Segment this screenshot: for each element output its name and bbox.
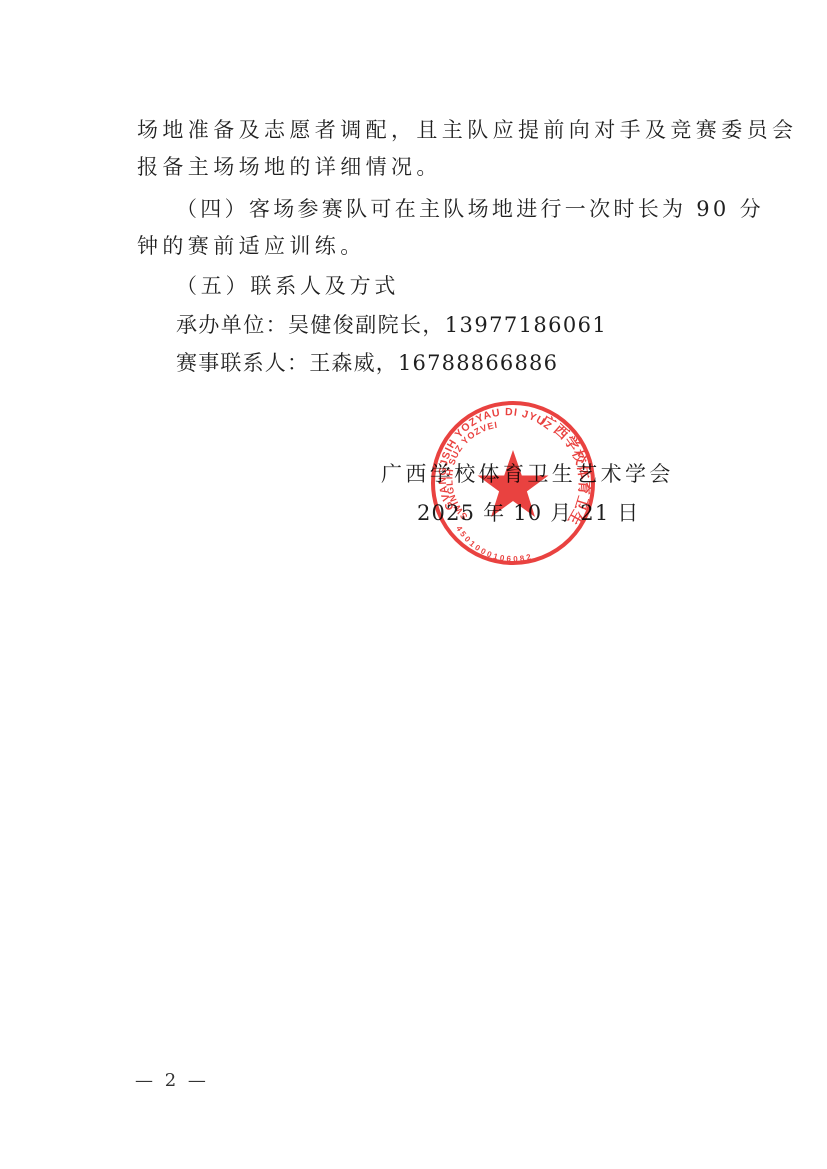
paragraph-line-2: 报备主场场地的详细情况。: [137, 153, 442, 181]
document-page: 场地准备及志愿者调配，且主队应提前向对手及竞赛委员会 报备主场场地的详细情况。 …: [0, 0, 827, 1169]
section-heading-contacts: （五）联系人及方式: [176, 272, 399, 300]
paragraph-line-1: 场地准备及志愿者调配，且主队应提前向对手及竞赛委员会: [137, 116, 797, 144]
contact-organizer: 承办单位：吴健俊副院长，13977186061: [176, 311, 607, 339]
svg-text:4501000106082: 4501000106082: [454, 524, 534, 563]
page-number: — 2 —: [135, 1070, 209, 1092]
contact-event: 赛事联系人：王森威，16788866886: [176, 349, 558, 377]
official-seal-icon: GVANGJSIH YOZYAU DI JYUZ SWINGLIH SUZ YO…: [428, 398, 598, 568]
seal-star-icon: [478, 450, 549, 517]
paragraph-line-3: （四）客场参赛队可在主队场地进行一次时长为 90 分: [176, 195, 764, 223]
paragraph-line-4: 钟的赛前适应训练。: [137, 232, 366, 260]
